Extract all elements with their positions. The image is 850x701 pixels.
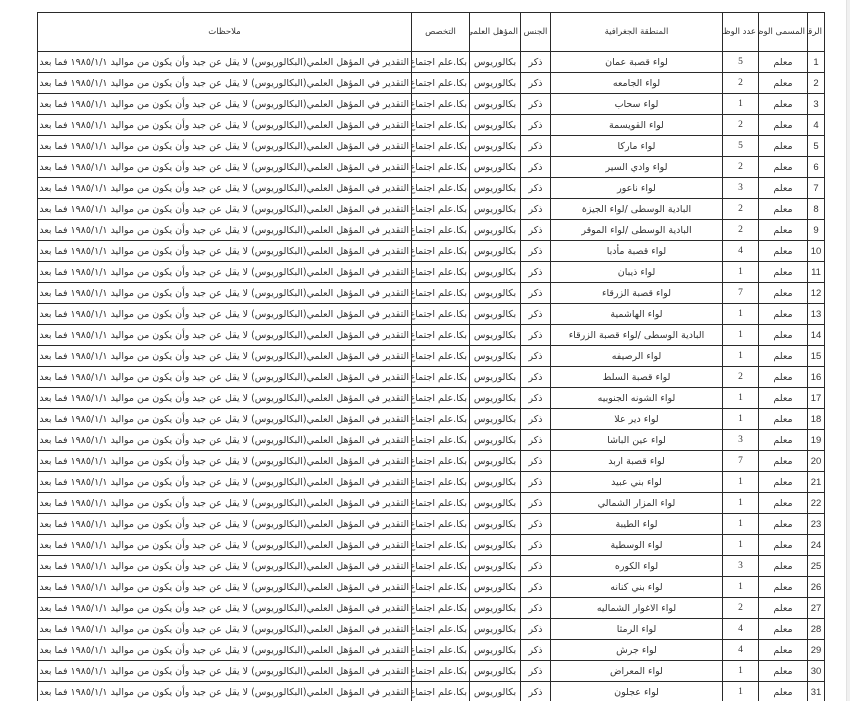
- cell-gender: ذكر: [521, 73, 551, 94]
- cell-job-title: معلم: [759, 283, 808, 304]
- cell-qualification: بكالوريوس: [470, 220, 521, 241]
- cell-notes: التقدير في المؤهل العلمي(البكالوريوس) لا…: [38, 451, 412, 472]
- cell-qualification: بكالوريوس: [470, 430, 521, 451]
- cell-notes: التقدير في المؤهل العلمي(البكالوريوس) لا…: [38, 640, 412, 661]
- cell-gender: ذكر: [521, 241, 551, 262]
- cell-job-title: معلم: [759, 52, 808, 73]
- cell-notes: التقدير في المؤهل العلمي(البكالوريوس) لا…: [38, 199, 412, 220]
- table-row: 30معلم1لواء المعراضذكربكالوريوسبكا.علم ا…: [38, 661, 825, 682]
- cell-specialization: بكا.علم اجتماع: [412, 262, 470, 283]
- table-body: 1معلم5لواء قصبة عمانذكربكالوريوسبكا.علم …: [38, 52, 825, 701]
- cell-notes: التقدير في المؤهل العلمي(البكالوريوس) لا…: [38, 52, 412, 73]
- cell-region: لواء الشونه الجنوبيه: [551, 388, 723, 409]
- cell-qualification: بكالوريوس: [470, 556, 521, 577]
- cell-gender: ذكر: [521, 640, 551, 661]
- cell-region: لواء قصبة عمان: [551, 52, 723, 73]
- cell-job-count: 4: [723, 619, 759, 640]
- cell-specialization: بكا.علم اجتماع: [412, 178, 470, 199]
- table-row: 17معلم1لواء الشونه الجنوبيهذكربكالوريوسب…: [38, 388, 825, 409]
- table-row: 14معلم1البادية الوسطى /لواء قصبة الزرقاء…: [38, 325, 825, 346]
- cell-row-number: 9: [808, 220, 825, 241]
- table-row: 18معلم1لواء دير علاذكربكالوريوسبكا.علم ا…: [38, 409, 825, 430]
- header-job-count: عدد الوظائف: [723, 13, 759, 52]
- cell-qualification: بكالوريوس: [470, 199, 521, 220]
- cell-qualification: بكالوريوس: [470, 409, 521, 430]
- cell-gender: ذكر: [521, 262, 551, 283]
- cell-gender: ذكر: [521, 430, 551, 451]
- cell-row-number: 5: [808, 136, 825, 157]
- cell-qualification: بكالوريوس: [470, 136, 521, 157]
- cell-region: لواء بني عبيد: [551, 472, 723, 493]
- cell-notes: التقدير في المؤهل العلمي(البكالوريوس) لا…: [38, 661, 412, 682]
- cell-job-count: 1: [723, 304, 759, 325]
- cell-job-count: 2: [723, 199, 759, 220]
- cell-gender: ذكر: [521, 52, 551, 73]
- cell-region: لواء عجلون: [551, 682, 723, 701]
- cell-job-count: 1: [723, 682, 759, 701]
- cell-gender: ذكر: [521, 472, 551, 493]
- cell-job-title: معلم: [759, 304, 808, 325]
- table-row: 31معلم1لواء عجلونذكربكالوريوسبكا.علم اجت…: [38, 682, 825, 701]
- cell-row-number: 23: [808, 514, 825, 535]
- header-region: المنطقة الجغرافية: [551, 13, 723, 52]
- cell-specialization: بكا.علم اجتماع: [412, 73, 470, 94]
- cell-qualification: بكالوريوس: [470, 157, 521, 178]
- cell-job-title: معلم: [759, 682, 808, 701]
- cell-row-number: 20: [808, 451, 825, 472]
- cell-row-number: 2: [808, 73, 825, 94]
- cell-region: لواء الاغوار الشماليه: [551, 598, 723, 619]
- cell-job-title: معلم: [759, 388, 808, 409]
- cell-gender: ذكر: [521, 115, 551, 136]
- cell-row-number: 18: [808, 409, 825, 430]
- cell-job-count: 1: [723, 94, 759, 115]
- cell-notes: التقدير في المؤهل العلمي(البكالوريوس) لا…: [38, 94, 412, 115]
- cell-row-number: 6: [808, 157, 825, 178]
- cell-job-title: معلم: [759, 556, 808, 577]
- table-row: 6معلم2لواء وادي السيرذكربكالوريوسبكا.علم…: [38, 157, 825, 178]
- page-edge-scrollbar: [846, 0, 850, 701]
- cell-specialization: بكا.علم اجتماع: [412, 535, 470, 556]
- cell-job-count: 1: [723, 535, 759, 556]
- cell-gender: ذكر: [521, 388, 551, 409]
- cell-job-title: معلم: [759, 619, 808, 640]
- cell-specialization: بكا.علم اجتماع: [412, 241, 470, 262]
- cell-job-count: 1: [723, 388, 759, 409]
- cell-row-number: 4: [808, 115, 825, 136]
- cell-qualification: بكالوريوس: [470, 451, 521, 472]
- table-row: 20معلم7لواء قصبة اربدذكربكالوريوسبكا.علم…: [38, 451, 825, 472]
- cell-notes: التقدير في المؤهل العلمي(البكالوريوس) لا…: [38, 262, 412, 283]
- cell-job-title: معلم: [759, 661, 808, 682]
- cell-job-title: معلم: [759, 493, 808, 514]
- cell-notes: التقدير في المؤهل العلمي(البكالوريوس) لا…: [38, 682, 412, 701]
- cell-job-title: معلم: [759, 73, 808, 94]
- cell-job-title: معلم: [759, 535, 808, 556]
- header-number: الرقم: [808, 13, 825, 52]
- cell-qualification: بكالوريوس: [470, 94, 521, 115]
- cell-gender: ذكر: [521, 619, 551, 640]
- cell-qualification: بكالوريوس: [470, 325, 521, 346]
- header-gender: الجنس: [521, 13, 551, 52]
- cell-region: لواء الرصيفه: [551, 346, 723, 367]
- cell-notes: التقدير في المؤهل العلمي(البكالوريوس) لا…: [38, 304, 412, 325]
- cell-qualification: بكالوريوس: [470, 283, 521, 304]
- cell-job-title: معلم: [759, 367, 808, 388]
- cell-job-count: 1: [723, 262, 759, 283]
- cell-job-title: معلم: [759, 94, 808, 115]
- cell-specialization: بكا.علم اجتماع: [412, 640, 470, 661]
- cell-specialization: بكا.علم اجتماع: [412, 472, 470, 493]
- table-row: 4معلم2لواء القويسمةذكربكالوريوسبكا.علم ا…: [38, 115, 825, 136]
- cell-notes: التقدير في المؤهل العلمي(البكالوريوس) لا…: [38, 430, 412, 451]
- cell-qualification: بكالوريوس: [470, 619, 521, 640]
- table-row: 24معلم1لواء الوسطيةذكربكالوريوسبكا.علم ا…: [38, 535, 825, 556]
- cell-region: لواء القويسمة: [551, 115, 723, 136]
- cell-qualification: بكالوريوس: [470, 388, 521, 409]
- cell-specialization: بكا.علم اجتماع: [412, 430, 470, 451]
- cell-job-count: 7: [723, 283, 759, 304]
- cell-job-count: 1: [723, 661, 759, 682]
- cell-job-count: 1: [723, 577, 759, 598]
- cell-job-title: معلم: [759, 451, 808, 472]
- table-row: 5معلم5لواء ماركاذكربكالوريوسبكا.علم اجتم…: [38, 136, 825, 157]
- cell-notes: التقدير في المؤهل العلمي(البكالوريوس) لا…: [38, 367, 412, 388]
- cell-region: البادية الوسطى /لواء قصبة الزرقاء: [551, 325, 723, 346]
- cell-notes: التقدير في المؤهل العلمي(البكالوريوس) لا…: [38, 115, 412, 136]
- cell-region: لواء الرمثا: [551, 619, 723, 640]
- cell-notes: التقدير في المؤهل العلمي(البكالوريوس) لا…: [38, 178, 412, 199]
- cell-row-number: 1: [808, 52, 825, 73]
- cell-specialization: بكا.علم اجتماع: [412, 682, 470, 701]
- cell-specialization: بكا.علم اجتماع: [412, 157, 470, 178]
- cell-gender: ذكر: [521, 325, 551, 346]
- table-row: 26معلم1لواء بني كنانهذكربكالوريوسبكا.علم…: [38, 577, 825, 598]
- table-row: 21معلم1لواء بني عبيدذكربكالوريوسبكا.علم …: [38, 472, 825, 493]
- table-row: 8معلم2البادية الوسطى /لواء الجيزةذكربكال…: [38, 199, 825, 220]
- cell-job-count: 2: [723, 367, 759, 388]
- cell-gender: ذكر: [521, 451, 551, 472]
- cell-region: لواء ماركا: [551, 136, 723, 157]
- cell-notes: التقدير في المؤهل العلمي(البكالوريوس) لا…: [38, 325, 412, 346]
- cell-notes: التقدير في المؤهل العلمي(البكالوريوس) لا…: [38, 283, 412, 304]
- cell-job-count: 2: [723, 157, 759, 178]
- cell-region: لواء بني كنانه: [551, 577, 723, 598]
- table-row: 28معلم4لواء الرمثاذكربكالوريوسبكا.علم اج…: [38, 619, 825, 640]
- cell-region: لواء الوسطية: [551, 535, 723, 556]
- cell-job-count: 3: [723, 178, 759, 199]
- cell-job-count: 2: [723, 73, 759, 94]
- cell-notes: التقدير في المؤهل العلمي(البكالوريوس) لا…: [38, 514, 412, 535]
- cell-notes: التقدير في المؤهل العلمي(البكالوريوس) لا…: [38, 556, 412, 577]
- cell-job-title: معلم: [759, 598, 808, 619]
- cell-qualification: بكالوريوس: [470, 661, 521, 682]
- cell-region: البادية الوسطى /لواء الجيزة: [551, 199, 723, 220]
- cell-row-number: 12: [808, 283, 825, 304]
- cell-qualification: بكالوريوس: [470, 115, 521, 136]
- cell-row-number: 29: [808, 640, 825, 661]
- cell-specialization: بكا.علم اجتماع: [412, 283, 470, 304]
- table-row: 27معلم2لواء الاغوار الشماليهذكربكالوريوس…: [38, 598, 825, 619]
- cell-job-title: معلم: [759, 262, 808, 283]
- cell-region: لواء الطيبة: [551, 514, 723, 535]
- cell-notes: التقدير في المؤهل العلمي(البكالوريوس) لا…: [38, 157, 412, 178]
- cell-row-number: 30: [808, 661, 825, 682]
- cell-row-number: 3: [808, 94, 825, 115]
- cell-specialization: بكا.علم اجتماع: [412, 325, 470, 346]
- cell-job-count: 5: [723, 136, 759, 157]
- cell-job-count: 1: [723, 346, 759, 367]
- cell-job-title: معلم: [759, 514, 808, 535]
- cell-gender: ذكر: [521, 556, 551, 577]
- cell-job-count: 2: [723, 220, 759, 241]
- header-job-title: المسمى الوظيفي: [759, 13, 808, 52]
- cell-row-number: 13: [808, 304, 825, 325]
- cell-gender: ذكر: [521, 346, 551, 367]
- cell-specialization: بكا.علم اجتماع: [412, 136, 470, 157]
- cell-region: لواء الجامعه: [551, 73, 723, 94]
- cell-notes: التقدير في المؤهل العلمي(البكالوريوس) لا…: [38, 409, 412, 430]
- table-row: 7معلم3لواء ناعورذكربكالوريوسبكا.علم اجتم…: [38, 178, 825, 199]
- cell-job-title: معلم: [759, 199, 808, 220]
- cell-region: لواء وادي السير: [551, 157, 723, 178]
- cell-notes: التقدير في المؤهل العلمي(البكالوريوس) لا…: [38, 136, 412, 157]
- cell-qualification: بكالوريوس: [470, 577, 521, 598]
- cell-gender: ذكر: [521, 199, 551, 220]
- cell-specialization: بكا.علم اجتماع: [412, 619, 470, 640]
- cell-region: البادية الوسطى /لواء الموقر: [551, 220, 723, 241]
- cell-job-count: 2: [723, 598, 759, 619]
- cell-row-number: 22: [808, 493, 825, 514]
- cell-job-count: 1: [723, 493, 759, 514]
- cell-row-number: 14: [808, 325, 825, 346]
- cell-gender: ذكر: [521, 661, 551, 682]
- cell-notes: التقدير في المؤهل العلمي(البكالوريوس) لا…: [38, 493, 412, 514]
- cell-notes: التقدير في المؤهل العلمي(البكالوريوس) لا…: [38, 472, 412, 493]
- cell-qualification: بكالوريوس: [470, 640, 521, 661]
- cell-specialization: بكا.علم اجتماع: [412, 556, 470, 577]
- cell-job-count: 7: [723, 451, 759, 472]
- cell-qualification: بكالوريوس: [470, 73, 521, 94]
- cell-job-count: 3: [723, 430, 759, 451]
- cell-notes: التقدير في المؤهل العلمي(البكالوريوس) لا…: [38, 220, 412, 241]
- cell-notes: التقدير في المؤهل العلمي(البكالوريوس) لا…: [38, 619, 412, 640]
- cell-gender: ذكر: [521, 220, 551, 241]
- cell-gender: ذكر: [521, 157, 551, 178]
- cell-qualification: بكالوريوس: [470, 52, 521, 73]
- cell-gender: ذكر: [521, 283, 551, 304]
- cell-region: لواء المعراض: [551, 661, 723, 682]
- cell-specialization: بكا.علم اجتماع: [412, 388, 470, 409]
- table-row: 19معلم3لواء عين الباشاذكربكالوريوسبكا.عل…: [38, 430, 825, 451]
- cell-job-title: معلم: [759, 577, 808, 598]
- cell-region: لواء قصبة الزرقاء: [551, 283, 723, 304]
- cell-job-count: 3: [723, 556, 759, 577]
- cell-job-count: 1: [723, 472, 759, 493]
- cell-qualification: بكالوريوس: [470, 598, 521, 619]
- cell-gender: ذكر: [521, 367, 551, 388]
- table-row: 10معلم4لواء قصبة مأدباذكربكالوريوسبكا.عل…: [38, 241, 825, 262]
- cell-row-number: 7: [808, 178, 825, 199]
- cell-region: لواء دير علا: [551, 409, 723, 430]
- cell-specialization: بكا.علم اجتماع: [412, 493, 470, 514]
- cell-row-number: 25: [808, 556, 825, 577]
- cell-qualification: بكالوريوس: [470, 514, 521, 535]
- cell-job-count: 2: [723, 115, 759, 136]
- cell-job-title: معلم: [759, 472, 808, 493]
- cell-job-count: 4: [723, 640, 759, 661]
- cell-specialization: بكا.علم اجتماع: [412, 346, 470, 367]
- cell-qualification: بكالوريوس: [470, 367, 521, 388]
- cell-notes: التقدير في المؤهل العلمي(البكالوريوس) لا…: [38, 241, 412, 262]
- cell-specialization: بكا.علم اجتماع: [412, 94, 470, 115]
- table-row: 16معلم2لواء قصبة السلطذكربكالوريوسبكا.عل…: [38, 367, 825, 388]
- cell-qualification: بكالوريوس: [470, 241, 521, 262]
- table-row: 29معلم4لواء جرشذكربكالوريوسبكا.علم اجتما…: [38, 640, 825, 661]
- table-row: 23معلم1لواء الطيبةذكربكالوريوسبكا.علم اج…: [38, 514, 825, 535]
- cell-qualification: بكالوريوس: [470, 304, 521, 325]
- cell-gender: ذكر: [521, 598, 551, 619]
- cell-job-title: معلم: [759, 220, 808, 241]
- cell-row-number: 27: [808, 598, 825, 619]
- cell-gender: ذكر: [521, 535, 551, 556]
- cell-job-count: 1: [723, 409, 759, 430]
- cell-region: لواء قصبة اربد: [551, 451, 723, 472]
- cell-region: لواء ناعور: [551, 178, 723, 199]
- table-row: 13معلم1لواء الهاشميةذكربكالوريوسبكا.علم …: [38, 304, 825, 325]
- cell-region: لواء سحاب: [551, 94, 723, 115]
- cell-gender: ذكر: [521, 304, 551, 325]
- cell-qualification: بكالوريوس: [470, 493, 521, 514]
- cell-region: لواء الهاشمية: [551, 304, 723, 325]
- cell-row-number: 31: [808, 682, 825, 701]
- cell-job-title: معلم: [759, 640, 808, 661]
- cell-specialization: بكا.علم اجتماع: [412, 409, 470, 430]
- table-row: 11معلم1لواء ذيبانذكربكالوريوسبكا.علم اجت…: [38, 262, 825, 283]
- cell-specialization: بكا.علم اجتماع: [412, 199, 470, 220]
- cell-region: لواء جرش: [551, 640, 723, 661]
- header-notes: ملاحظات: [38, 13, 412, 52]
- cell-qualification: بكالوريوس: [470, 178, 521, 199]
- cell-row-number: 26: [808, 577, 825, 598]
- cell-gender: ذكر: [521, 94, 551, 115]
- cell-gender: ذكر: [521, 178, 551, 199]
- cell-specialization: بكا.علم اجتماع: [412, 451, 470, 472]
- cell-gender: ذكر: [521, 514, 551, 535]
- cell-row-number: 11: [808, 262, 825, 283]
- cell-region: لواء عين الباشا: [551, 430, 723, 451]
- header-qualification: المؤهل العلمي: [470, 13, 521, 52]
- cell-row-number: 19: [808, 430, 825, 451]
- cell-job-count: 5: [723, 52, 759, 73]
- cell-job-title: معلم: [759, 325, 808, 346]
- cell-gender: ذكر: [521, 577, 551, 598]
- table-row: 2معلم2لواء الجامعهذكربكالوريوسبكا.علم اج…: [38, 73, 825, 94]
- cell-region: لواء قصبة مأدبا: [551, 241, 723, 262]
- cell-region: لواء المزار الشمالي: [551, 493, 723, 514]
- cell-specialization: بكا.علم اجتماع: [412, 367, 470, 388]
- header-specialization: التخصص: [412, 13, 470, 52]
- table-row: 22معلم1لواء المزار الشماليذكربكالوريوسبك…: [38, 493, 825, 514]
- cell-qualification: بكالوريوس: [470, 682, 521, 701]
- cell-job-title: معلم: [759, 430, 808, 451]
- cell-notes: التقدير في المؤهل العلمي(البكالوريوس) لا…: [38, 388, 412, 409]
- cell-qualification: بكالوريوس: [470, 472, 521, 493]
- cell-gender: ذكر: [521, 493, 551, 514]
- job-vacancies-table: الرقم المسمى الوظيفي عدد الوظائف المنطقة…: [37, 12, 825, 701]
- cell-job-count: 4: [723, 241, 759, 262]
- cell-qualification: بكالوريوس: [470, 535, 521, 556]
- cell-job-title: معلم: [759, 346, 808, 367]
- cell-job-count: 1: [723, 514, 759, 535]
- table-row: 25معلم3لواء الكورهذكربكالوريوسبكا.علم اج…: [38, 556, 825, 577]
- table-header-row: الرقم المسمى الوظيفي عدد الوظائف المنطقة…: [38, 13, 825, 52]
- cell-notes: التقدير في المؤهل العلمي(البكالوريوس) لا…: [38, 535, 412, 556]
- cell-specialization: بكا.علم اجتماع: [412, 598, 470, 619]
- cell-specialization: بكا.علم اجتماع: [412, 52, 470, 73]
- cell-specialization: بكا.علم اجتماع: [412, 220, 470, 241]
- cell-job-count: 1: [723, 325, 759, 346]
- cell-region: لواء ذيبان: [551, 262, 723, 283]
- cell-gender: ذكر: [521, 409, 551, 430]
- cell-row-number: 28: [808, 619, 825, 640]
- table-row: 1معلم5لواء قصبة عمانذكربكالوريوسبكا.علم …: [38, 52, 825, 73]
- cell-job-title: معلم: [759, 409, 808, 430]
- cell-specialization: بكا.علم اجتماع: [412, 304, 470, 325]
- cell-notes: التقدير في المؤهل العلمي(البكالوريوس) لا…: [38, 73, 412, 94]
- cell-row-number: 17: [808, 388, 825, 409]
- cell-specialization: بكا.علم اجتماع: [412, 115, 470, 136]
- cell-row-number: 10: [808, 241, 825, 262]
- table-row: 3معلم1لواء سحابذكربكالوريوسبكا.علم اجتما…: [38, 94, 825, 115]
- cell-specialization: بكا.علم اجتماع: [412, 577, 470, 598]
- table-row: 9معلم2البادية الوسطى /لواء الموقرذكربكال…: [38, 220, 825, 241]
- cell-job-title: معلم: [759, 115, 808, 136]
- cell-specialization: بكا.علم اجتماع: [412, 661, 470, 682]
- cell-row-number: 16: [808, 367, 825, 388]
- cell-notes: التقدير في المؤهل العلمي(البكالوريوس) لا…: [38, 346, 412, 367]
- cell-row-number: 15: [808, 346, 825, 367]
- cell-row-number: 8: [808, 199, 825, 220]
- cell-job-title: معلم: [759, 136, 808, 157]
- cell-job-title: معلم: [759, 178, 808, 199]
- cell-row-number: 24: [808, 535, 825, 556]
- cell-specialization: بكا.علم اجتماع: [412, 514, 470, 535]
- cell-notes: التقدير في المؤهل العلمي(البكالوريوس) لا…: [38, 577, 412, 598]
- cell-gender: ذكر: [521, 136, 551, 157]
- cell-row-number: 21: [808, 472, 825, 493]
- cell-region: لواء الكوره: [551, 556, 723, 577]
- cell-notes: التقدير في المؤهل العلمي(البكالوريوس) لا…: [38, 598, 412, 619]
- cell-qualification: بكالوريوس: [470, 262, 521, 283]
- cell-region: لواء قصبة السلط: [551, 367, 723, 388]
- table-row: 12معلم7لواء قصبة الزرقاءذكربكالوريوسبكا.…: [38, 283, 825, 304]
- cell-job-title: معلم: [759, 157, 808, 178]
- cell-job-title: معلم: [759, 241, 808, 262]
- table-row: 15معلم1لواء الرصيفهذكربكالوريوسبكا.علم ا…: [38, 346, 825, 367]
- cell-qualification: بكالوريوس: [470, 346, 521, 367]
- cell-gender: ذكر: [521, 682, 551, 701]
